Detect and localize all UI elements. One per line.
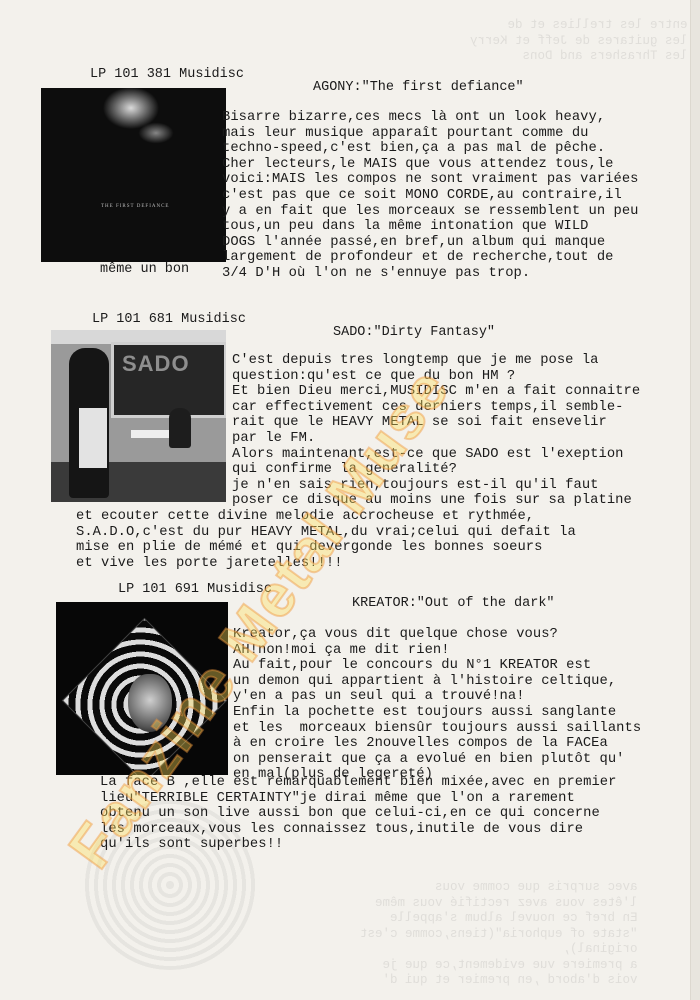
review-body-wide: et ecouter cette divine melodie accroche… (76, 509, 576, 571)
review-heading: AGONY:"The first defiance" (313, 80, 524, 95)
review-body: Kreator,ça vous dit quelque chose vous? … (233, 627, 641, 783)
show-through-text-bottom: avec surpris que comme vous l'êtes vous … (360, 880, 638, 989)
chalkboard: SADO (111, 342, 226, 418)
show-through-text-top: entre les trellies et de les guitares de… (470, 18, 688, 65)
side-caption: même un bon (100, 262, 189, 277)
review-body: C'est depuis tres longtemp que je me pos… (232, 353, 640, 509)
paper-edge (690, 0, 700, 1000)
album-cover-sado: SADO (51, 330, 226, 502)
cover-title: THE FIRST DEFIANCE (101, 204, 169, 209)
review-heading: SADO:"Dirty Fantasy" (333, 325, 495, 340)
album-cover-kreator (56, 602, 228, 775)
catalog-number: LP 101 691 Musidisc (118, 582, 272, 597)
review-heading: KREATOR:"Out of the dark" (352, 596, 555, 611)
cover-logo: SADO (122, 351, 190, 377)
review-body-wide: La face B ,elle est remarquablement bien… (100, 775, 616, 853)
album-cover-agony: THE FIRST DEFIANCE (41, 88, 226, 262)
review-body: Bisarre bizarre,ces mecs là ont un look … (222, 110, 638, 282)
catalog-number: LP 101 381 Musidisc (90, 67, 244, 82)
catalog-number: LP 101 681 Musidisc (92, 312, 246, 327)
